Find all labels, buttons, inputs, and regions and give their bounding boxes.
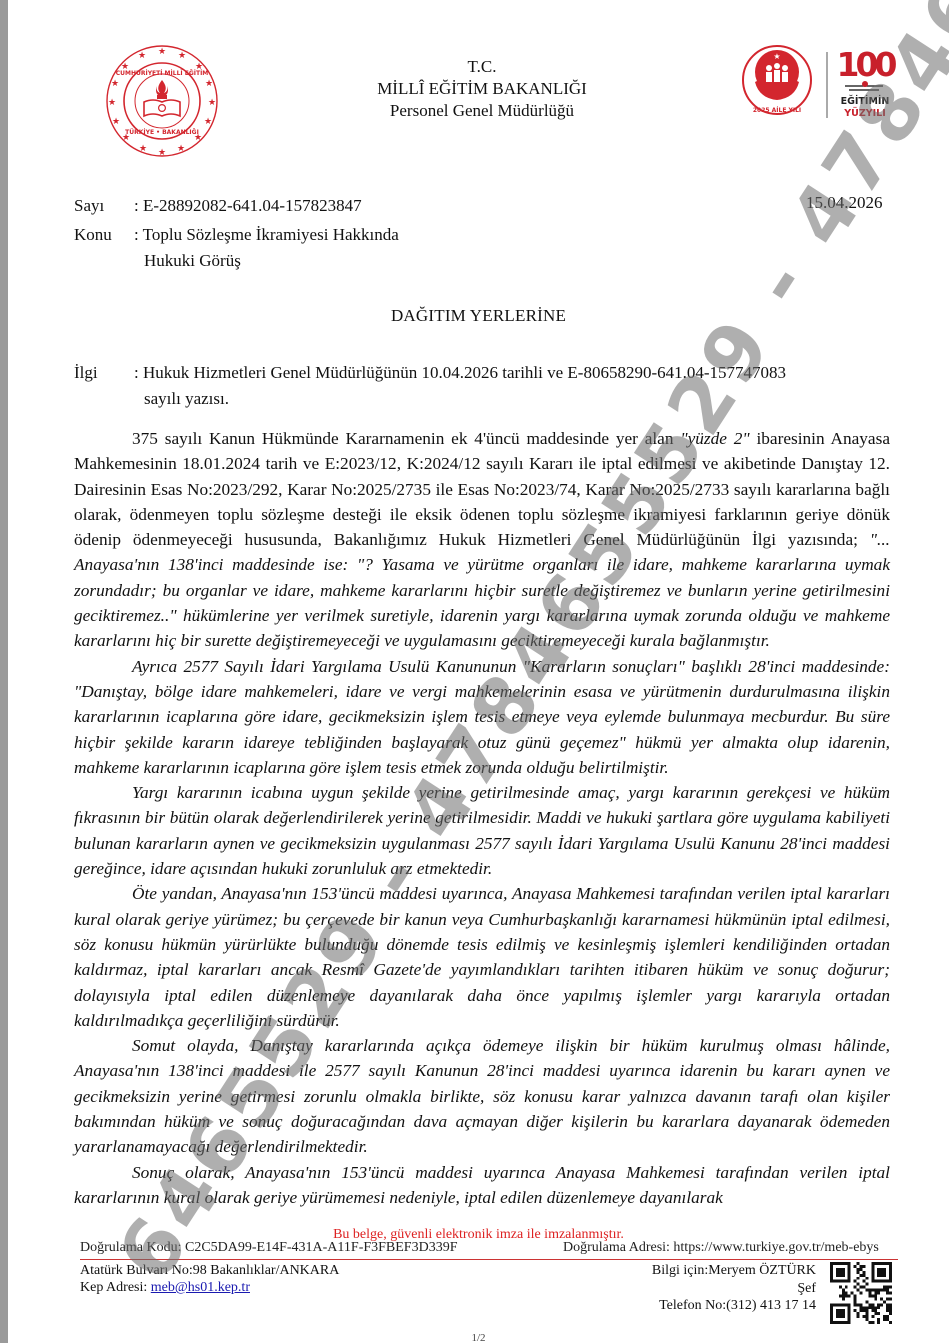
header-ministry: MİLLÎ EĞİTİM BAKANLIĞI xyxy=(308,78,656,100)
svg-text:★: ★ xyxy=(138,51,146,61)
viewer-left-border xyxy=(0,0,8,1343)
contact-info: Bilgi için:Meryem ÖZTÜRK Şef Telefon No:… xyxy=(652,1262,816,1315)
svg-text:★: ★ xyxy=(158,47,166,57)
ilgi-value-line1: : Hukuk Hizmetleri Genel Müdürlüğünün 10… xyxy=(134,360,786,386)
svg-text:★: ★ xyxy=(121,62,129,72)
konu-value-line1: : Toplu Sözleşme İkramiyesi Hakkında xyxy=(134,222,399,248)
2025-aile-yili-icon: ★ 2025 AİLE YILI xyxy=(743,46,811,114)
contact-title: Şef xyxy=(652,1280,816,1298)
svg-text:★: ★ xyxy=(177,144,185,154)
svg-text:★: ★ xyxy=(158,148,166,158)
page-number: 1/2 xyxy=(8,1332,949,1343)
svg-text:EĞİTİMİN: EĞİTİMİN xyxy=(841,95,890,107)
verification-address[interactable]: Doğrulama Adresi: https://www.turkiye.go… xyxy=(563,1240,879,1256)
konu-label: Konu xyxy=(74,222,134,248)
svg-text:★: ★ xyxy=(194,133,202,143)
svg-text:★: ★ xyxy=(111,79,119,89)
paragraph-1: 375 sayılı Kanun Hükmünde Kararnamenin e… xyxy=(74,426,890,654)
svg-text:2025 AİLE YILI: 2025 AİLE YILI xyxy=(753,107,801,114)
paragraph-5: Somut olayda, Danıştay kararlarında açık… xyxy=(74,1033,890,1159)
qr-code-icon xyxy=(830,1262,892,1324)
letterhead: T.C. MİLLÎ EĞİTİM BAKANLIĞI Personel Gen… xyxy=(308,56,656,122)
konu-row: Konu : Toplu Sözleşme İkramiyesi Hakkınd… xyxy=(74,222,674,274)
svg-text:★: ★ xyxy=(205,79,213,89)
paragraph-2: Ayrıca 2577 Sayılı İdari Yargılama Usulü… xyxy=(74,654,890,780)
document-page: CUMHURİYETİ MİLLÎ EĞİTİM TÜRKİYE • BAKAN… xyxy=(8,0,949,1343)
document-body: 375 sayılı Kanun Hükmünde Kararnamenin e… xyxy=(74,426,890,1210)
paragraph-6: Sonuç olarak, Anayasa'nın 153'üncü madde… xyxy=(74,1160,890,1211)
svg-text:★: ★ xyxy=(195,62,203,72)
contact-person: Bilgi için:Meryem ÖZTÜRK xyxy=(652,1262,816,1280)
distribution-heading: DAĞITIM YERLERİNE xyxy=(8,306,949,326)
svg-text:★: ★ xyxy=(108,98,116,108)
svg-text:★: ★ xyxy=(122,133,130,143)
paragraph-4: Öte yandan, Anayasa'nın 153'üncü maddesi… xyxy=(74,881,890,1033)
svg-text:★: ★ xyxy=(204,117,212,127)
egitimin-yuzyili-icon: 100 EĞİTİMİN YÜZYILI xyxy=(837,45,897,119)
svg-text:★: ★ xyxy=(178,51,186,61)
svg-text:100: 100 xyxy=(837,45,897,84)
ilgi-label: İlgi xyxy=(74,360,134,386)
konu-value-line2: Hukuki Görüş xyxy=(144,248,241,274)
footer-kep: Kep Adresi: meb@hs01.kep.tr xyxy=(80,1279,250,1296)
meb-seal-icon: CUMHURİYETİ MİLLÎ EĞİTİM TÜRKİYE • BAKAN… xyxy=(98,42,226,160)
sayi-label: Sayı xyxy=(74,193,134,219)
svg-text:YÜZYILI: YÜZYILI xyxy=(843,108,885,119)
svg-text:★: ★ xyxy=(773,52,780,61)
ilgi-row: İlgi : Hukuk Hizmetleri Genel Müdürlüğün… xyxy=(74,360,904,412)
ilgi-value-line2: sayılı yazısı. xyxy=(144,386,229,412)
footer-divider xyxy=(80,1259,898,1260)
svg-text:★: ★ xyxy=(208,98,216,108)
svg-text:★: ★ xyxy=(139,144,147,154)
footer-address: Atatürk Bulvarı No:98 Bakanlıklar/ANKARA xyxy=(80,1262,339,1279)
contact-phone: Telefon No:(312) 413 17 14 xyxy=(652,1297,816,1315)
header-right-logos: ★ 2025 AİLE YILI 100 EĞİTİMİN YÜZYILI xyxy=(741,42,901,124)
paragraph-3: Yargı kararının icabına uygun şekilde ye… xyxy=(74,780,890,881)
sayi-row: Sayı : E-28892082-641.04-157823847 xyxy=(74,193,674,219)
header-tc: T.C. xyxy=(308,56,656,78)
verification-code: Doğrulama Kodu: C2C5DA99-E14F-431A-A11F-… xyxy=(80,1240,458,1256)
svg-text:TÜRKİYE • BAKANLIĞI: TÜRKİYE • BAKANLIĞI xyxy=(125,129,199,136)
document-date: 15.04.2026 xyxy=(806,193,883,213)
svg-text:★: ★ xyxy=(112,117,120,127)
sayi-value: : E-28892082-641.04-157823847 xyxy=(134,193,362,219)
kep-email-link[interactable]: meb@hs01.kep.tr xyxy=(151,1280,250,1295)
header-directorate: Personel Genel Müdürlüğü xyxy=(308,100,656,122)
